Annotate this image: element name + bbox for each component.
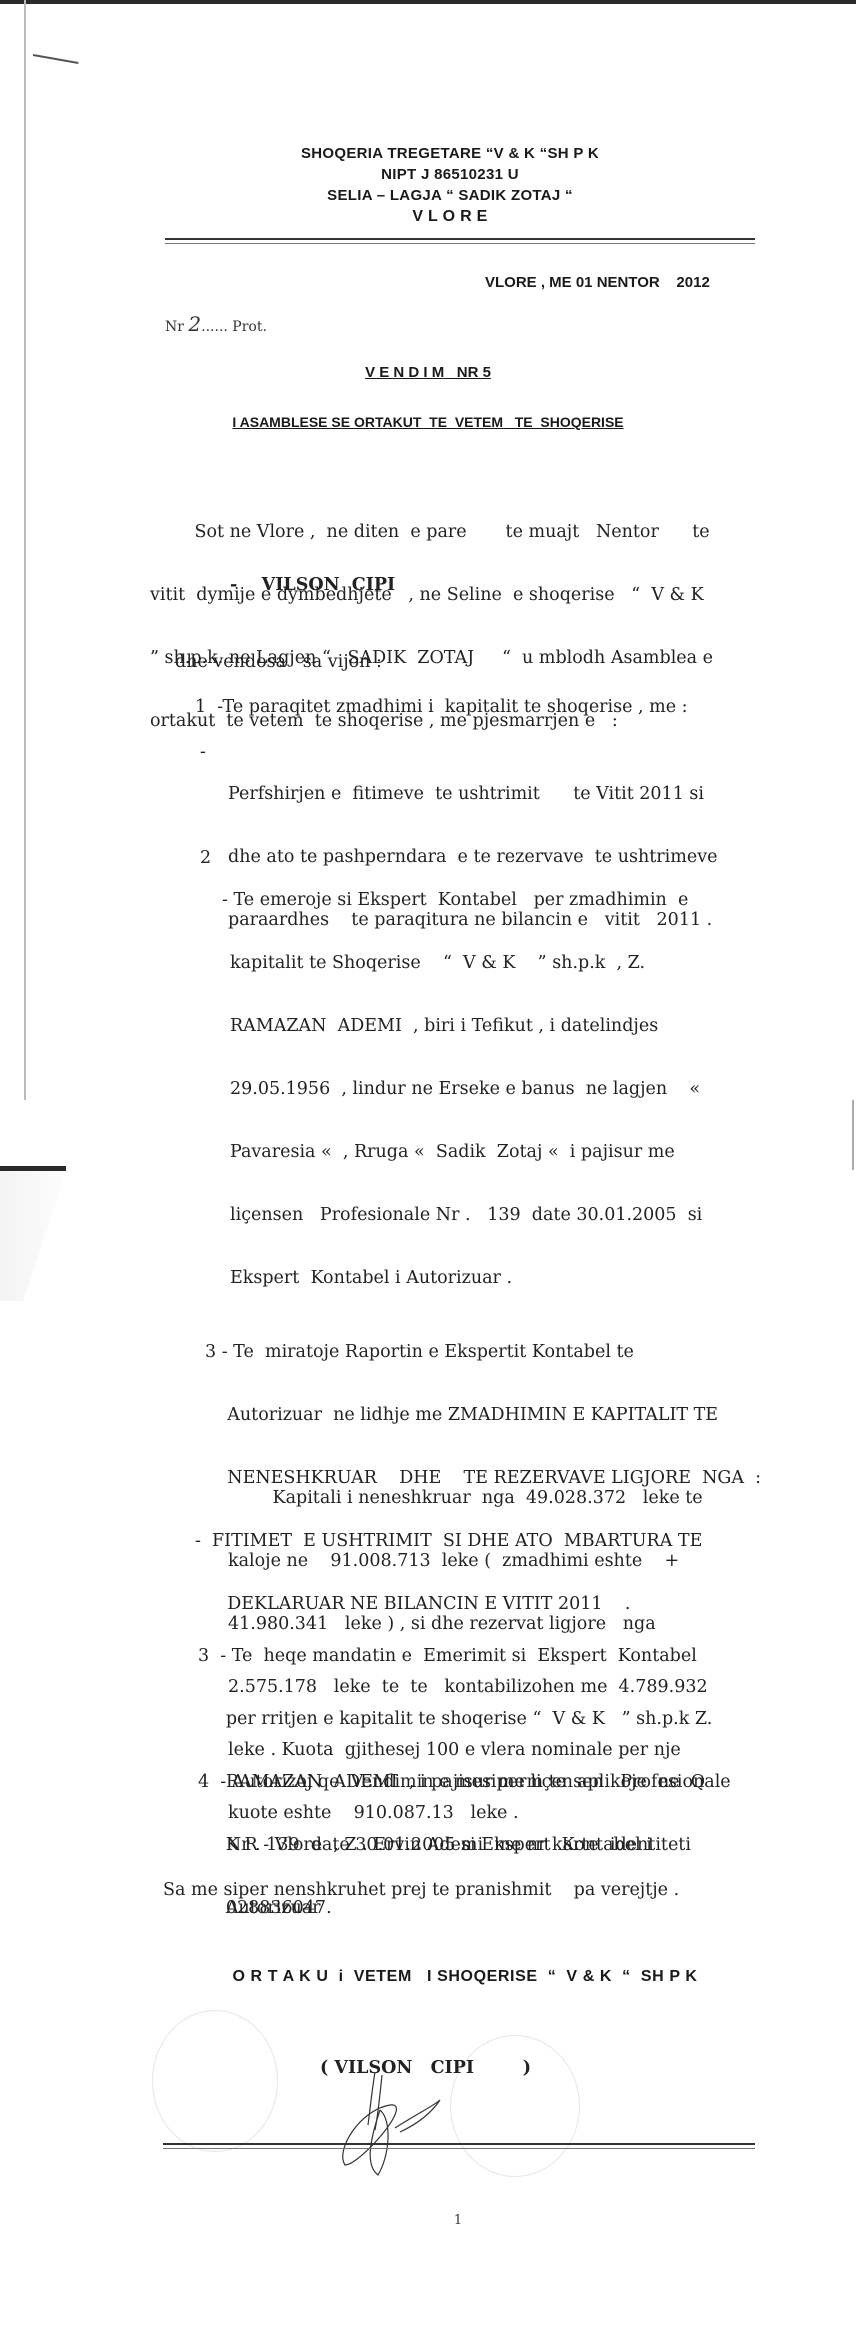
item-4-line: K R - Vlore , Z . Ervin Ademi me nr kart… [198, 1835, 705, 1856]
second-page-edge [0, 1166, 66, 1171]
closing-statement: Sa me siper nenshkruhet prej te pranishm… [163, 1880, 679, 1901]
item-3b-line: per rritjen e kapitalit te shoqerise “ V… [198, 1709, 731, 1730]
item-1-line: Perfshirjen e fitimeve te ushtrimit te V… [228, 784, 717, 805]
protocol-number: Nr 2...... Prot. [165, 312, 267, 336]
item-2-line: Ekspert Kontabel i Autorizuar . [222, 1268, 702, 1289]
page-number: 1 [0, 2213, 856, 2228]
second-page-fold [0, 1171, 66, 1301]
item-2-line: - Te emeroje si Ekspert Kontabel per zma… [222, 890, 702, 911]
handwritten-signature [320, 2070, 460, 2180]
item-2-line: 29.05.1956 , lindur ne Erseke e banus ne… [222, 1079, 702, 1100]
item-3a-line: 3 - Te miratoje Raportin e Ekspertit Kon… [205, 1342, 761, 1363]
company-stamp-right [450, 2035, 580, 2177]
intro-line: Sot ne Vlore , ne diten e pare te muajt … [150, 522, 713, 543]
protocol-dots: ...... [201, 319, 228, 335]
company-name: SHOQERIA TREGETARE “V & K “SH P K [170, 143, 730, 164]
company-seat: SELIA – LAGJA “ SADIK ZOTAJ “ [170, 185, 730, 206]
capital-line: Kapitali i neneshkruar nga 49.028.372 le… [228, 1488, 708, 1509]
header-rule [165, 238, 755, 244]
decision-title: V E N D I M NR 5 [0, 364, 856, 381]
protocol-handwritten-number: 2 [188, 312, 201, 336]
letterhead: SHOQERIA TREGETARE “V & K “SH P K NIPT J… [170, 143, 730, 228]
item-2-line: liçensen Profesionale Nr . 139 date 30.0… [222, 1205, 702, 1226]
item-3a-line: Autorizuar ne lidhje me ZMADHIMIN E KAPI… [205, 1405, 761, 1426]
page-separator [852, 1100, 854, 1170]
item-1-heading: 1 -Te paraqitet zmadhimi i kapitalit te … [195, 697, 688, 718]
signatory-title: O R T A K U i VETEM I SHOQERISE “ V & K … [0, 1968, 856, 1986]
participant-name: - VILSON CIPI [230, 575, 395, 596]
item-2-line: kapitalit te Shoqerise “ V & K ” sh.p.k … [222, 953, 702, 974]
item-3b-line: 3 - Te heqe mandatin e Emerimit si Ekspe… [198, 1646, 731, 1667]
protocol-prefix: Nr [165, 319, 184, 335]
decision-subtitle: I ASAMBLESE SE ORTAKUT TE VETEM TE SHOQE… [0, 414, 856, 430]
item-2-number: 2 [200, 848, 211, 869]
item-4-line: 028836047 [198, 1898, 705, 1919]
stray-pen-mark [33, 54, 79, 64]
item-2-line: RAMAZAN ADEMI , biri i Tefikut , i datel… [222, 1016, 702, 1037]
item-1-bullet: - [200, 742, 206, 763]
scan-top-edge [0, 0, 856, 4]
item-4-line: 4 - Autorizoj qe Vendimin e mesiperm te … [198, 1772, 705, 1793]
decided-line: dhe vendosa sa vijon : [175, 652, 382, 673]
date-line: VLORE , ME 01 NENTOR 2012 [485, 274, 710, 291]
company-nipt: NIPT J 86510231 U [170, 164, 730, 185]
company-city: V L O R E [170, 206, 730, 228]
item-2-body: - Te emeroje si Ekspert Kontabel per zma… [222, 848, 702, 1310]
protocol-suffix: Prot. [232, 319, 267, 335]
company-stamp-left [152, 2010, 278, 2152]
item-2-line: Pavaresia « , Rruga « Sadik Zotaj « i pa… [222, 1142, 702, 1163]
scan-left-edge [24, 0, 26, 1100]
capital-line: kaloje ne 91.008.713 leke ( zmadhimi esh… [228, 1551, 708, 1572]
signature-rule [163, 2143, 755, 2149]
item-4-body: 4 - Autorizoj qe Vendimin e mesiperm te … [198, 1730, 705, 1940]
